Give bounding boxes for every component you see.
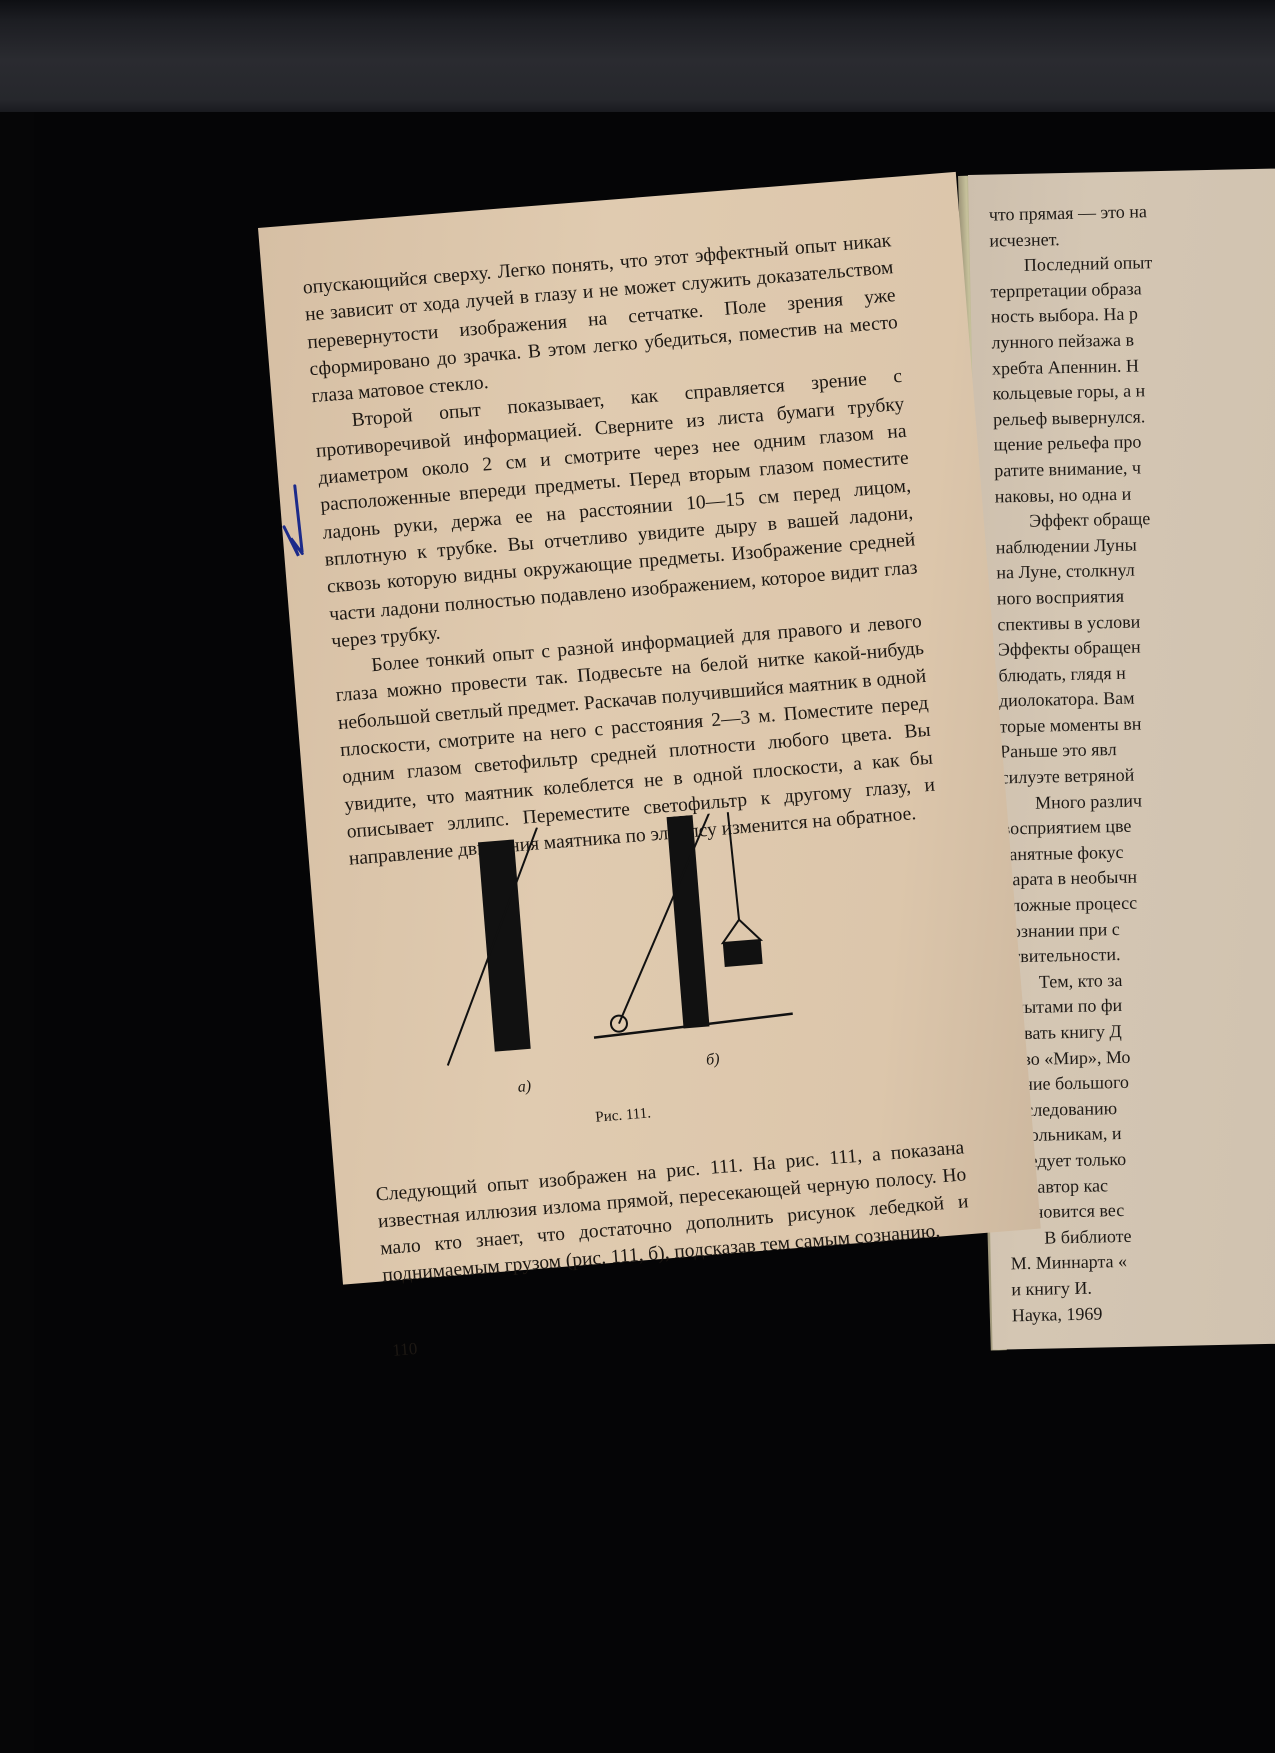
figure-caption: Рис. 111. xyxy=(595,1105,652,1126)
scanner-lid xyxy=(0,0,1275,112)
paragraph: Следующий опыт изображен на рис. 111. На… xyxy=(375,1134,972,1290)
figure-b-winch-and-load xyxy=(575,802,794,1038)
paragraph: Второй опыт показывает, как справляется … xyxy=(313,363,921,655)
figure-111-illusion: а) б) xyxy=(417,802,880,1136)
figure-a-strip-and-line xyxy=(429,828,555,1066)
figure-label-a: а) xyxy=(517,1078,532,1096)
left-page-body-text: опускающийся сверху. Легко понять, что э… xyxy=(302,227,938,873)
pen-margin-mark xyxy=(275,480,322,573)
page-number: 110 xyxy=(392,1339,418,1361)
figure-label-b: б) xyxy=(706,1051,721,1069)
left-page: опускающийся сверху. Легко понять, что э… xyxy=(258,172,1041,1285)
